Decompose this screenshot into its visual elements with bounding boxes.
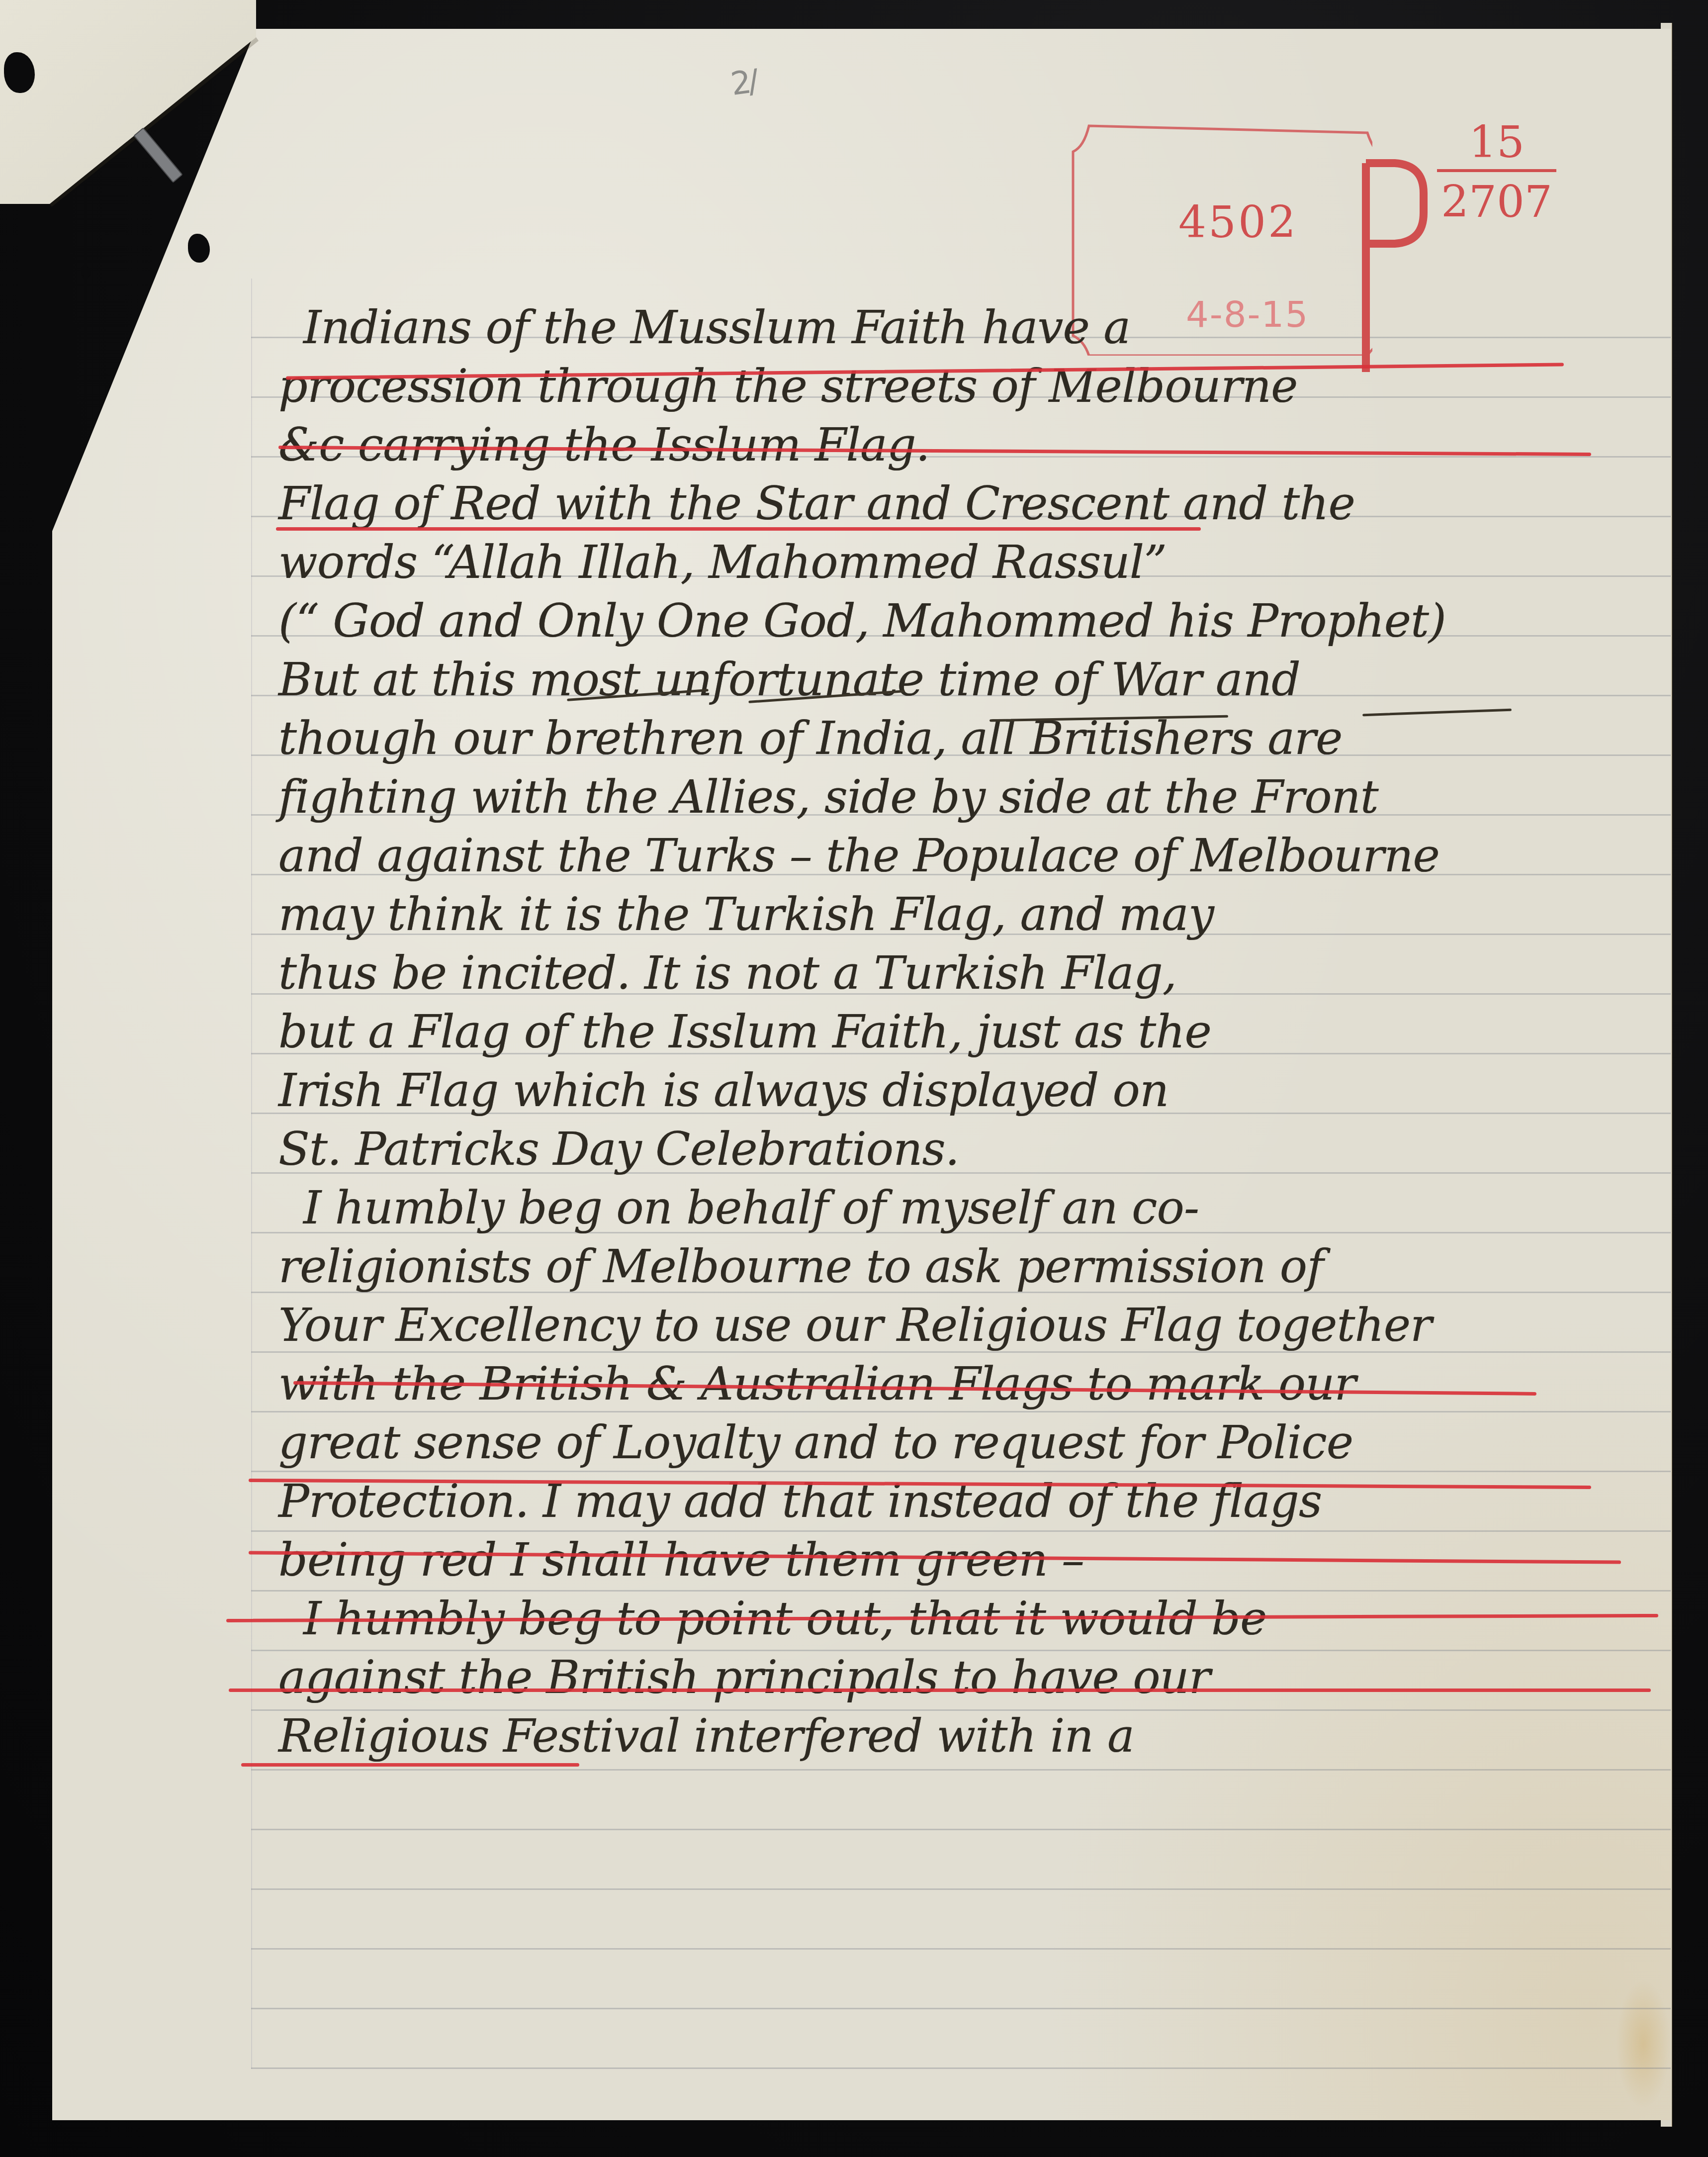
letter-line: words “Allah Illah, Mahommed Rassul” <box>278 533 1671 592</box>
letter-line: St. Patricks Day Celebrations. <box>278 1120 1671 1179</box>
red-underline <box>241 1763 579 1767</box>
letter-line: and against the Turks – the Populace of … <box>278 827 1671 885</box>
letter-line: Flag of Red with the Star and Crescent a… <box>278 474 1671 533</box>
letter-line: Indians of the Musslum Faith have a <box>278 298 1671 357</box>
letter-line: thus be incited. It is not a Turkish Fla… <box>278 944 1671 1003</box>
letter-line: But at this most unfortunate time of War… <box>278 651 1671 709</box>
red-underline <box>276 527 1201 531</box>
letter-line: great sense of Loyalty and to request fo… <box>278 1413 1671 1472</box>
letter-line: religionists of Melbourne to ask permiss… <box>278 1237 1671 1296</box>
stamp-fraction-denominator: 2707 <box>1437 177 1556 227</box>
letter-line: though our brethren of India, all Britis… <box>278 709 1671 768</box>
letter-line: Irish Flag which is always displayed on <box>278 1061 1671 1120</box>
letter-line: (“ God and Only One God, Mahommed his Pr… <box>278 592 1671 651</box>
letter-line: may think it is the Turkish Flag, and ma… <box>278 885 1671 944</box>
letter-line: fighting with the Allies, side by side a… <box>278 768 1671 827</box>
stamp-registry-number: 4502 <box>1178 196 1298 248</box>
letter-line: &c carrying the Isslum Flag. <box>278 416 1671 474</box>
letter-line: Religious Festival interfered with in a <box>278 1707 1671 1766</box>
stamp-fraction-bar <box>1437 169 1556 172</box>
red-underline <box>229 1688 1651 1692</box>
stamp-fraction: 15 2707 <box>1437 117 1556 227</box>
letter-line: Your Excellency to use our Religious Fla… <box>278 1296 1671 1355</box>
letter-line: against the British principals to have o… <box>278 1648 1671 1707</box>
letter-body: Indians of the Musslum Faith have a proc… <box>278 298 1671 1766</box>
stamp-fraction-numerator: 15 <box>1437 117 1556 167</box>
letter-line: but a Flag of the Isslum Faith, just as … <box>278 1003 1671 1061</box>
pencil-folio-mark: 2/ <box>728 63 758 103</box>
letter-line: I humbly beg on behalf of myself an co- <box>278 1179 1671 1237</box>
punch-hole-small <box>82 266 90 278</box>
